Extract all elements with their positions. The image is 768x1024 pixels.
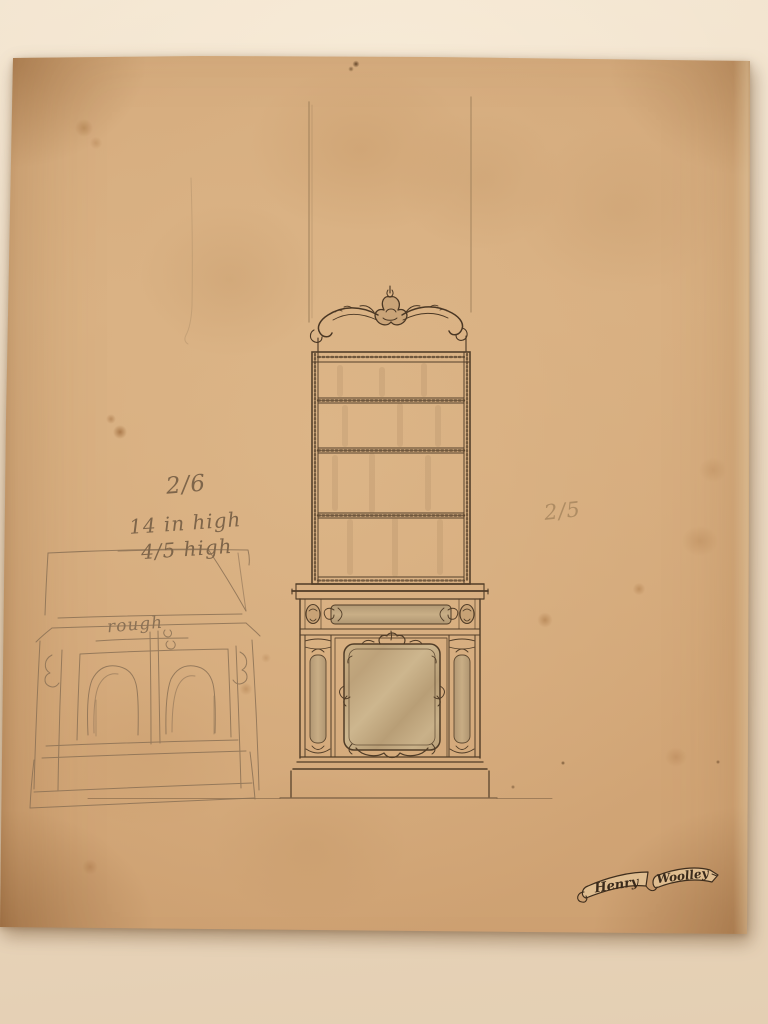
frieze-drawer [324,605,458,624]
ground-line [88,798,552,799]
base-cabinet [291,584,489,797]
signature-first-name: Henry [592,874,641,896]
cabinet-design-artwork: Henry Woolley [0,0,768,1024]
sketch-keyhole [164,630,175,649]
pilaster-left [305,635,331,757]
crest-ornament [310,286,467,352]
pilaster-right [449,635,475,757]
sketch-scroll-left [45,655,59,687]
stray-pencil-line [185,178,192,344]
mask-carving-right [460,605,474,624]
photograph-of-design-drawing: Henry Woolley 2/6 14 in high 4/5 high 2/… [0,0,768,1024]
sketch-scroll-right [233,652,247,684]
note-scale: 2/5 [543,497,582,525]
note-price: 2/6 [165,470,207,499]
rough-sketch [30,549,260,808]
signature-ribbon: Henry Woolley [578,866,718,902]
back-panel-shading [335,366,440,574]
mask-carving-left [306,605,320,624]
signature-last-name: Woolley [656,866,711,886]
mirror-door [335,631,447,758]
bookcase-upper [312,352,470,584]
